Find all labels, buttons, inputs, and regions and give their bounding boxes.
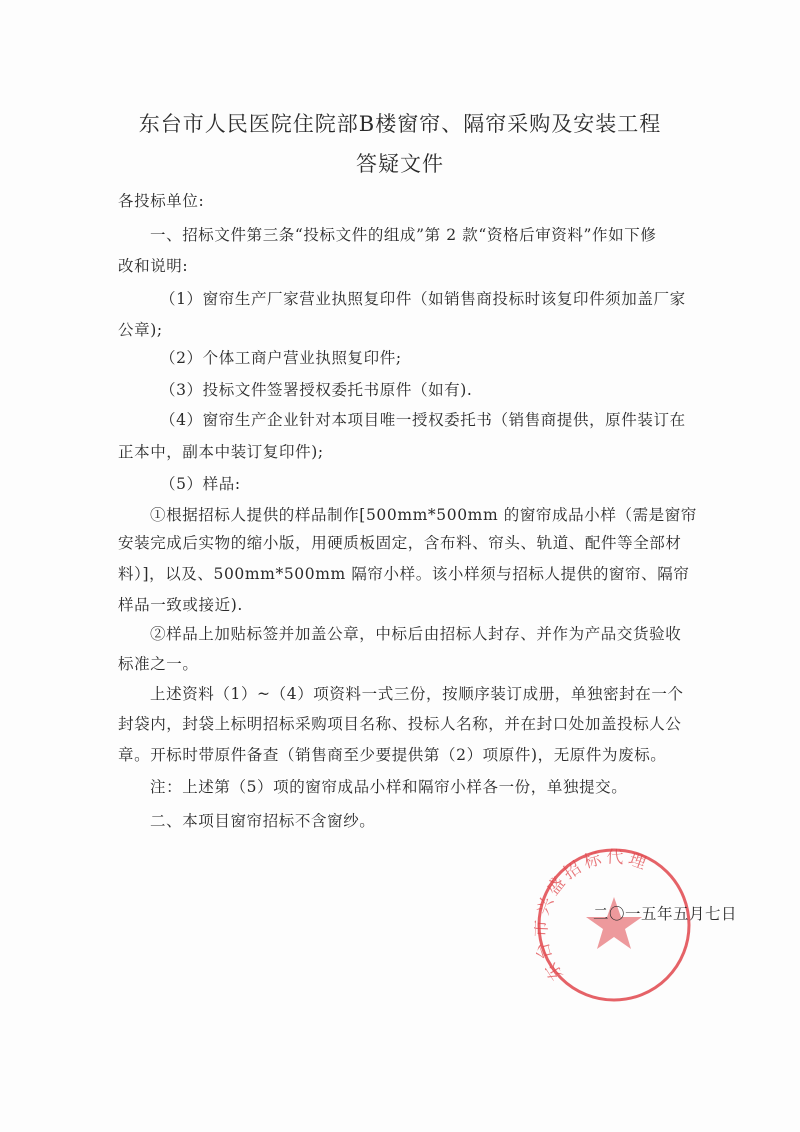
paragraph-line: 安装完成后实物的缩小版，用硬质板固定，含布料、帘头、轨道、配件等全部材 [118, 531, 682, 553]
paragraph-line: 注：上述第（5）项的窗帘成品小样和隔帘小样各一份，单独提交。 [150, 775, 627, 797]
paragraph-line: 标准之一。 [118, 652, 199, 674]
paragraph-line: 封袋内，封袋上标明招标采购项目名称、投标人名称，并在封口处加盖投标人公 [118, 712, 682, 734]
paragraph-line: ②样品上加贴标签并加盖公章，中标后由招标人封存、并作为产品交货验收 [150, 622, 681, 644]
official-seal-stamp: 东台市兴盛招标代理 [534, 845, 694, 1005]
document-date: 二〇一五年五月七日 [593, 902, 737, 924]
paragraph-line: （1）窗帘生产厂家营业执照复印件（如销售商投标时该复印件须加盖厂家 [160, 287, 686, 309]
paragraph-line: 一、招标文件第三条“投标文件的组成”第 2 款“资格后审资料”作如下修 [150, 223, 656, 245]
paragraph-line: 二、本项目窗帘招标不含窗纱。 [150, 809, 375, 831]
paragraph-line: （5）样品: [160, 472, 241, 494]
paragraph-line: （3）投标文件签署授权委托书原件（如有). [160, 378, 472, 400]
paragraph-line: 样品一致或接近). [118, 593, 243, 615]
paragraph-line: 公章); [118, 318, 163, 340]
paragraph-line: 料）]，以及、500mm*500mm 隔帘小样。该小样须与招标人提供的窗帘、隔帘 [118, 562, 689, 584]
paragraph-line: 上述资料（1）~（4）项资料一式三份，按顺序装订成册，单独密封在一个 [150, 682, 684, 704]
paragraph-line: （2）个体工商户营业执照复印件; [160, 346, 402, 368]
paragraph-line: ①根据招标人提供的样品制作[500mm*500mm 的窗帘成品小样（需是窗帘 [150, 503, 697, 525]
document-subtitle: 答疑文件 [0, 148, 800, 178]
paragraph-line: 正本中，副本中装订复印件); [118, 440, 324, 462]
paragraph-line: （4）窗帘生产企业针对本项目唯一授权委托书（销售商提供，原件装订在 [160, 408, 686, 430]
paragraph-line: 改和说明: [118, 254, 188, 276]
document-title: 东台市人民医院住院部B楼窗帘、隔帘采购及安装工程 [0, 108, 800, 138]
paragraph-line: 章。开标时带原件备查（销售商至少要提供第（2）项原件)，无原件为废标。 [118, 743, 666, 765]
salutation: 各投标单位: [118, 189, 204, 211]
